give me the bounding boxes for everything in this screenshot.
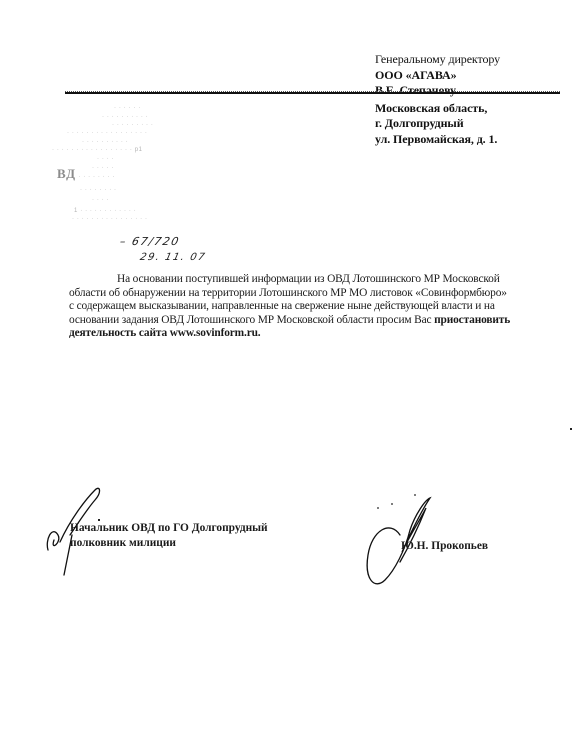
signatory-left-title: Начальник ОВД по ГО Долгопрудный: [70, 521, 268, 536]
letter-page: Генеральному директору ООО «АГАВА» В.Е. …: [0, 0, 586, 741]
addressee-region: Московская область,: [375, 101, 500, 117]
letterhead-divider: [65, 92, 560, 94]
registration-number-text: 67/720: [131, 235, 181, 248]
letter-body: На основании поступившей информации из О…: [69, 273, 569, 341]
body-line: области об обнаружении на территории Лот…: [69, 287, 569, 301]
body-line: с содержащем высказывании, направленные …: [69, 300, 569, 314]
addressee-city: г. Долгопрудный: [375, 116, 500, 132]
body-line-emphasis: деятельность сайта www.sovinform.ru.: [69, 327, 261, 339]
stamp-line: · · · · · ·: [114, 104, 141, 113]
faded-stamp: · · · · · · · · · · · · · · · · · · · · …: [52, 104, 232, 229]
stamp-line: · · · ·: [92, 196, 109, 205]
stamp-line: · · · · · · · ·: [80, 186, 117, 195]
registration-date: 29. 11. 07: [139, 252, 207, 263]
body-line: На основании поступившей информации из О…: [69, 273, 569, 287]
stamp-line: · · · · · · · · · · · · · · · · · р1: [52, 146, 143, 155]
addressee-company: ООО «АГАВА»: [375, 68, 500, 84]
registration-number: – 67/720: [119, 235, 181, 248]
body-line: деятельность сайта www.sovinform.ru.: [69, 327, 569, 341]
stamp-line: · · · ·: [97, 155, 114, 164]
stamp-org-rest: · · · · · · · ·: [78, 174, 115, 180]
signatory-left-rank: полковник милиции: [70, 536, 268, 551]
addressee-block: Генеральному директору ООО «АГАВА» В.Е. …: [375, 52, 500, 147]
ink-speck: [570, 428, 572, 430]
addressee-street: ул. Первомайская, д. 1.: [375, 132, 500, 148]
stamp-line: · · · · · · · · · · · · · · · ·: [72, 215, 148, 224]
stamp-line: · · · · · · · · · · · · · · · · ·: [67, 129, 147, 138]
signatory-left: Начальник ОВД по ГО Долгопрудный полковн…: [70, 521, 268, 551]
body-line-emphasis: приостановить: [434, 314, 510, 326]
body-line: основании задания ОВД Лотошинского МР Мо…: [69, 314, 569, 328]
body-line-text: основании задания ОВД Лотошинского МР Мо…: [69, 314, 434, 326]
signatory-right-name: Ю.Н. Прокопьев: [401, 540, 488, 552]
stamp-org-abbrev: ВД: [57, 166, 76, 181]
addressee-position: Генеральному директору: [375, 52, 500, 68]
